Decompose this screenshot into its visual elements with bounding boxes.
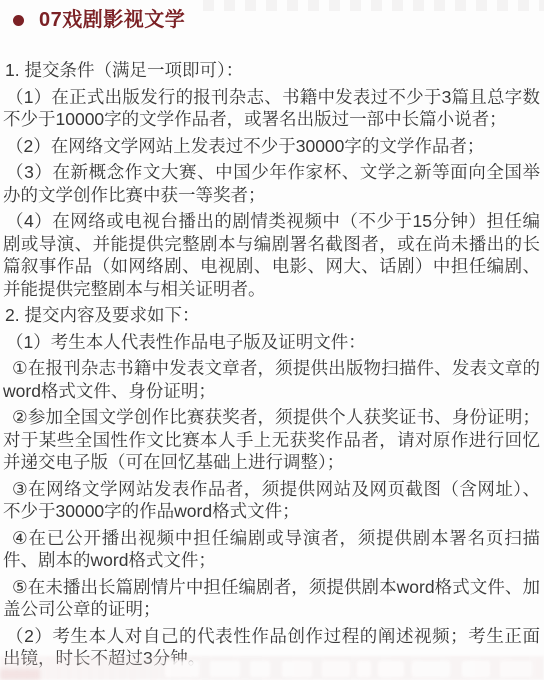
bullet-icon [13,15,24,26]
section-title: 07戏剧影视文学 [39,8,185,32]
section-header: 07戏剧影视文学 [0,0,544,32]
paragraph-content-item-1-4: ④在已公开播出视频中担任编剧或导演者，须提供剧本署名页扫描件、剧本的word格式… [3,527,540,572]
paragraph-condition-1: （1）在正式出版发行的报刊杂志、书籍中发表过不少于3篇且总字数不少于10000字… [3,86,540,131]
paragraph-content-item-1-1: ①在报刊杂志书籍中发表文章者，须提供出版物扫描件、发表文章的word格式文件、身… [3,357,540,402]
paragraph-content-item-2: （2）考生本人对自己的代表性作品创作过程的阐述视频；考生正面出镜，时长不超过3分… [3,625,540,670]
paragraph-content-item-1-5: ⑤在未播出长篇剧情片中担任编剧者，须提供剧本word格式文件、加盖公司公章的证明… [3,576,540,621]
paragraph-content-item-1: （1）考生本人代表性作品电子版及证明文件： [3,331,540,354]
paragraph-content-item-1-2: ②参加全国文学创作比赛获奖者，须提供个人获奖证书、身份证明；对于某些全国性作文比… [3,406,540,474]
paragraph-submit-content-heading: 2. 提交内容及要求如下： [3,304,540,327]
watermark-smudge [0,669,40,680]
paragraph-submit-conditions-heading: 1. 提交条件（满足一项即可）： [3,59,540,82]
document-page: 07戏剧影视文学 1. 提交条件（满足一项即可）： （1）在正式出版发行的报刊杂… [0,0,544,680]
paragraph-content-item-1-3: ③在网络文学网站发表作品者，须提供网站及网页截图（含网址）、不少于30000字的… [3,478,540,523]
document-body: 1. 提交条件（满足一项即可）： （1）在正式出版发行的报刊杂志、书籍中发表过不… [0,59,544,670]
paragraph-condition-4: （4）在网络或电视台播出的剧情类视频中（不少于15分钟）担任编剧或导演、并能提供… [3,210,540,300]
paragraph-condition-2: （2）在网络文学网站上发表过不少于30000字的文学作品者； [3,135,540,158]
paragraph-condition-3: （3）在新概念作文大赛、中国少年作家杯、文学之新等面向全国举办的文学创作比赛中获… [3,161,540,206]
